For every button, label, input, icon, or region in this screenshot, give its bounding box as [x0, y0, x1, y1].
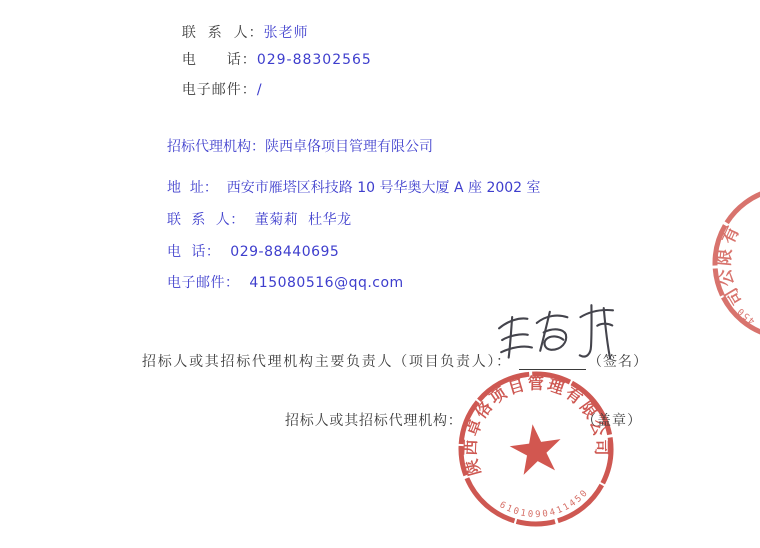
edge-official-seal: 有 限 公 司 450: [680, 175, 760, 345]
responsible-person-label: 招标人或其招标代理机构主要负责人（项目负责人）：: [142, 351, 512, 371]
phone-value: 029-88302565: [257, 52, 372, 68]
email-value: /: [257, 82, 263, 98]
edge-seal-char: 限: [715, 248, 736, 267]
bidder-email-line: 电子邮件：/: [160, 63, 263, 115]
seal-star-icon: [507, 421, 565, 477]
document-page: 有 限 公 司 450 陕西卓佫项目管理有限公司 6101090411450 联…: [0, 0, 760, 548]
edge-seal-digits: 450: [735, 305, 757, 326]
email-label: 电子邮件：: [182, 82, 257, 98]
agency-name-line: 招标代理机构：陕西卓佫项目管理有限公司: [167, 136, 433, 156]
stamp-suffix: （盖章）: [582, 410, 642, 430]
handwritten-signature: [491, 297, 628, 374]
stamp-org-label: 招标人或其招标代理机构：: [285, 410, 463, 430]
agency-phone-line: 电 话： 029-88440695: [167, 241, 339, 261]
agency-email-line: 电子邮件： 415080516@qq.com: [167, 272, 404, 292]
agency-address-line: 地 址： 西安市雁塔区科技路 10 号华奥大厦 A 座 2002 室: [167, 177, 541, 197]
official-seal: 陕西卓佫项目管理有限公司 6101090411450: [446, 359, 627, 540]
agency-contact-line: 联 系 人： 董菊莉 杜华龙: [167, 209, 352, 229]
edge-seal-char: 公: [715, 267, 738, 288]
edge-seal-char: 有: [718, 223, 744, 247]
